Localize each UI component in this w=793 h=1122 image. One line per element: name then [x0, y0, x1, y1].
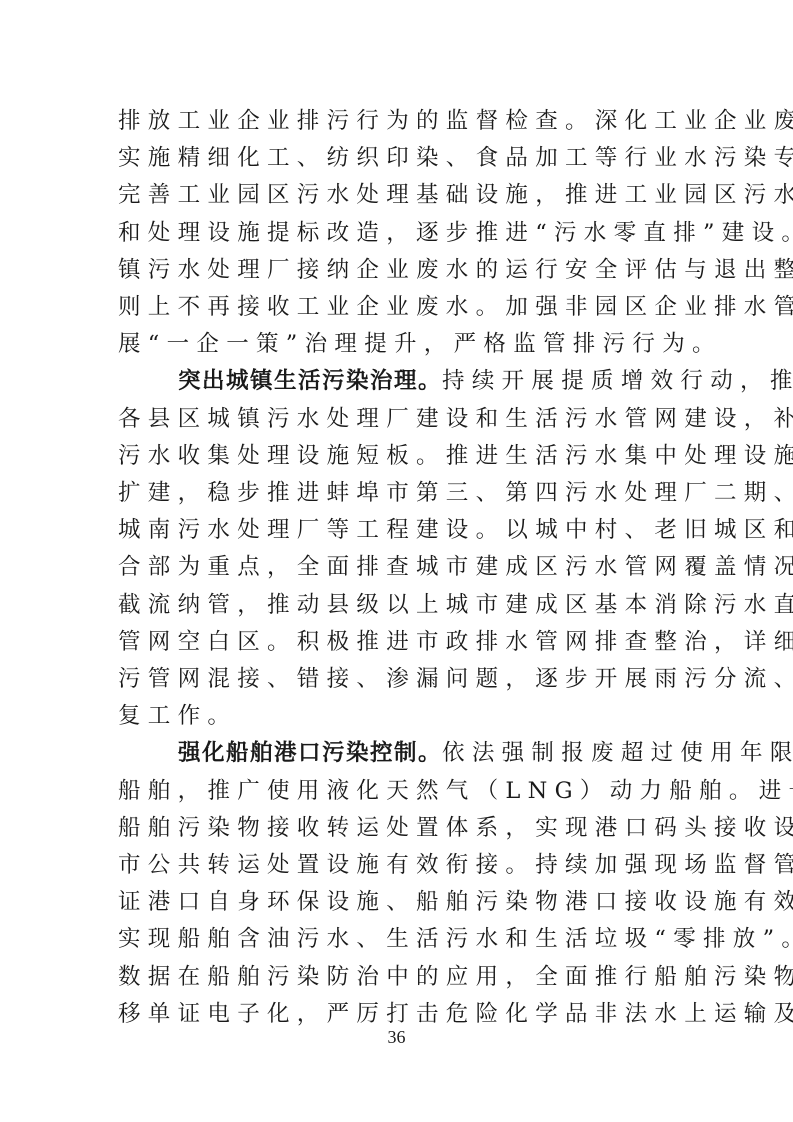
page-body: 排放工业企业排污行为的监督检查。深化工业企业废水治理， 实施精细化工、纺织印染、… [118, 103, 692, 1033]
text-line: 船舶污染物接收转运处置体系，实现港口码头接收设施与城 [118, 810, 692, 847]
text-line: 合部为重点，全面排查城市建成区污水管网覆盖情况，完善 [118, 549, 692, 586]
text-line: 排放工业企业排污行为的监督检查。深化工业企业废水治理， [118, 103, 692, 140]
page-number: 36 [0, 1027, 793, 1048]
text-line: 污水收集处理设施短板。推进生活污水集中处理设施新、改、 [118, 438, 692, 475]
text-line: 管网空白区。积极推进市政排水管网排查整治，详细排查雨 [118, 624, 692, 661]
section-lead-heading: 突出城镇生活污染治理。 [178, 368, 442, 394]
text-line: 证港口自身环保设施、船舶污染物港口接收设施有效运行， [118, 884, 692, 921]
text-line: 城南污水处理厂等工程建设。以城中村、老旧城区和城乡结 [118, 512, 692, 549]
text-line: 实施精细化工、纺织印染、食品加工等行业水污染专项整治。 [118, 140, 692, 177]
text-line: 市公共转运处置设施有效衔接。持续加强现场监督管理，保 [118, 847, 692, 884]
text-run: 持续开展提质增效行动，推进 [442, 368, 793, 394]
text-line: 各县区城镇污水处理厂建设和生活污水管网建设，补足城镇 [118, 401, 692, 438]
paragraph-urban-domestic-pollution: 突出城镇生活污染治理。持续开展提质增效行动，推进 各县区城镇污水处理厂建设和生活… [118, 363, 692, 735]
text-line: 则上不再接收工业企业废水。加强非园区企业排水管理，开 [118, 289, 692, 326]
paragraph-industrial-wastewater: 排放工业企业排污行为的监督检查。深化工业企业废水治理， 实施精细化工、纺织印染、… [118, 103, 692, 363]
text-line: 实现船舶含油污水、生活污水和生活垃圾“零排放”。强化大 [118, 921, 692, 958]
text-line: 截流纳管，推动县级以上城市建成区基本消除污水直排口和 [118, 587, 692, 624]
text-line: 扩建，稳步推进蚌埠市第三、第四污水处理厂二期、五河县 [118, 475, 692, 512]
text-line: 和处理设施提标改造，逐步推进“污水零直排”建设。开展城 [118, 215, 692, 252]
text-line: 突出城镇生活污染治理。持续开展提质增效行动，推进 [118, 363, 692, 400]
text-line: 完善工业园区污水处理基础设施，推进工业园区污水全收集 [118, 177, 692, 214]
section-lead-heading: 强化船舶港口污染控制。 [178, 740, 442, 766]
text-line: 船舶，推广使用液化天然气（LNG）动力船舶。进一步完善 [118, 773, 692, 810]
text-line: 展“一企一策”治理提升，严格监管排污行为。 [118, 326, 692, 363]
text-line: 污管网混接、错接、渗漏问题，逐步开展雨污分流、管网修 [118, 661, 692, 698]
text-line: 强化船舶港口污染控制。依法强制报废超过使用年限的 [118, 735, 692, 772]
text-run: 依法强制报废超过使用年限的 [442, 740, 793, 766]
text-line: 镇污水处理厂接纳企业废水的运行安全评估与退出整改，原 [118, 252, 692, 289]
text-line: 数据在船舶污染防治中的应用，全面推行船舶污染物接收转 [118, 959, 692, 996]
paragraph-ship-port-pollution: 强化船舶港口污染控制。依法强制报废超过使用年限的 船舶，推广使用液化天然气（LN… [118, 735, 692, 1033]
text-line: 复工作。 [118, 698, 692, 735]
document-page: 排放工业企业排污行为的监督检查。深化工业企业废水治理， 实施精细化工、纺织印染、… [0, 0, 793, 1122]
